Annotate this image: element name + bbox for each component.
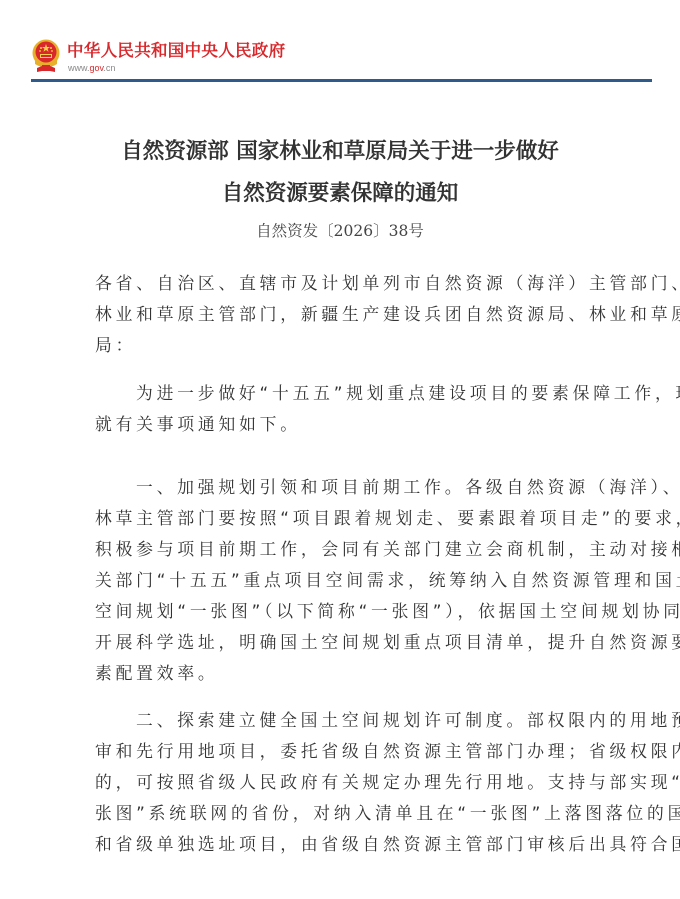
document-title-line-2: 自然资源要素保障的通知 [0,180,680,208]
text-line: 二、探索建立健全国土空间规划许可制度。部权限内的用地预 [95,705,595,736]
salutation-paragraph: 各省、自治区、直辖市及计划单列市自然资源（海洋）主管部门、 林业和草原主管部门，… [95,268,595,361]
text-line: 素配置效率。 [95,658,595,689]
text-line: 局： [95,330,595,361]
text-line: 的，可按照省级人民政府有关规定办理先行用地。支持与部实现“一 [95,767,595,798]
section-1-paragraph: 一、加强规划引领和项目前期工作。各级自然资源（海洋）、 林草主管部门要按照“项目… [95,472,595,689]
text-line: 林草主管部门要按照“项目跟着规划走、要素跟着项目走”的要求， [95,503,595,534]
text-line: 审和先行用地项目，委托省级自然资源主管部门办理；省级权限内 [95,736,595,767]
url-suffix: .cn [103,63,115,73]
site-header: 中华人民共和国中央人民政府 www.gov.cn [31,38,652,82]
text-line: 和省级单独选址项目，由省级自然资源主管部门审核后出具符合国 [95,829,595,860]
url-prefix: www. [68,63,90,73]
text-line: 关部门“十五五”重点项目空间需求，统筹纳入自然资源管理和国土 [95,565,595,596]
text-line: 开展科学选址，明确国土空间规划重点项目清单，提升自然资源要 [95,627,595,658]
intro-paragraph: 为进一步做好“十五五”规划重点建设项目的要素保障工作，现 就有关事项通知如下。 [95,378,595,440]
document-title-line-1: 自然资源部 国家林业和草原局关于进一步做好 [0,138,680,166]
section-2-paragraph: 二、探索建立健全国土空间规划许可制度。部权限内的用地预 审和先行用地项目，委托省… [95,705,595,860]
text-line: 积极参与项目前期工作，会同有关部门建立会商机制，主动对接相 [95,534,595,565]
document-number: 自然资发〔2026〕38号 [0,220,680,242]
site-name[interactable]: 中华人民共和国中央人民政府 [67,41,285,61]
text-line: 为进一步做好“十五五”规划重点建设项目的要素保障工作，现 [95,378,595,409]
text-line: 各省、自治区、直辖市及计划单列市自然资源（海洋）主管部门、 [95,268,595,299]
header-divider [31,79,652,82]
site-url[interactable]: www.gov.cn [68,63,115,74]
text-line: 空间规划“一张图”（以下简称“一张图”），依据国土空间规划协同 [95,596,595,627]
text-line: 张图”系统联网的省份，对纳入清单且在“一张图”上落图落位的国家 [95,798,595,829]
text-line: 林业和草原主管部门，新疆生产建设兵团自然资源局、林业和草原 [95,299,595,330]
url-highlight: gov [90,63,104,73]
text-line: 就有关事项通知如下。 [95,409,595,440]
text-line: 一、加强规划引领和项目前期工作。各级自然资源（海洋）、 [95,472,595,503]
national-emblem-icon[interactable] [31,38,61,74]
